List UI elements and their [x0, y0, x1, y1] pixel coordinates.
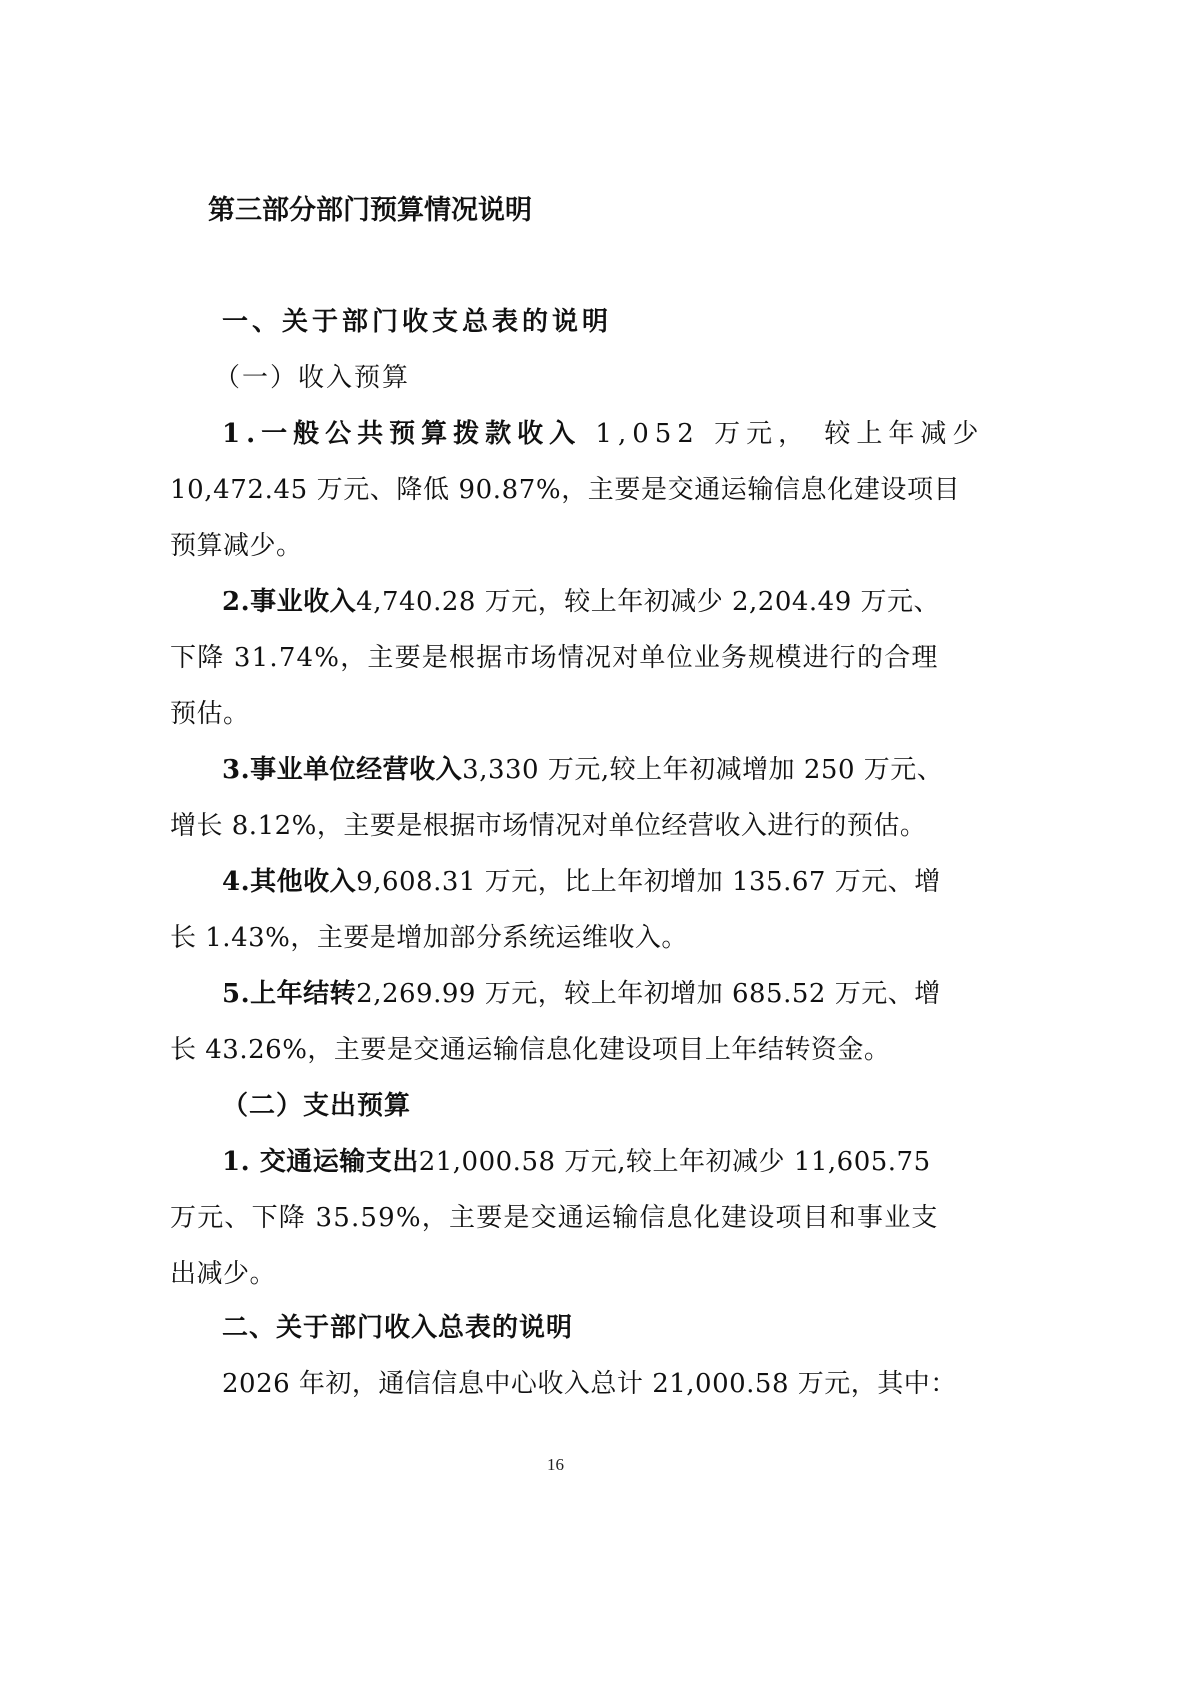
- income-item-5-line-2: 长 43.26%，主要是交通运输信息化建设项目上年结转资金。: [170, 1033, 940, 1067]
- income-item-3-text: 3,330 万元,较上年初减增加 250 万元、: [462, 755, 943, 785]
- income-item-4-lead: 4.其他收入: [222, 867, 356, 897]
- income-item-5-text: 2,269.99 万元，较上年初增加 685.52 万元、增: [356, 979, 941, 1009]
- income-item-2-text: 4,740.28 万元，较上年初减少 2,204.49 万元、: [356, 587, 940, 617]
- income-item-3-line-1: 3.事业单位经营收入3,330 万元,较上年初减增加 250 万元、: [222, 753, 940, 787]
- expenditure-item-1-line-2: 万元、下降 35.59%，主要是交通运输信息化建设项目和事业支: [170, 1201, 940, 1235]
- income-item-5-line-1: 5.上年结转2,269.99 万元，较上年初增加 685.52 万元、增: [222, 977, 940, 1011]
- income-item-2-line-2: 下降 31.74%，主要是根据市场情况对单位业务规模进行的合理: [170, 641, 940, 675]
- expenditure-budget-heading: （二）支出预算: [222, 1089, 992, 1123]
- income-item-1-line-1: 1.一般公共预算拨款收入 1,052 万元， 较上年减少: [222, 417, 940, 451]
- section-2-line-1: 2026 年初，通信信息中心收入总计 21,000.58 万元，其中：: [222, 1367, 940, 1401]
- income-item-2-lead: 2.事业收入: [222, 587, 356, 617]
- income-budget-heading: （一）收入预算: [214, 361, 984, 395]
- income-item-1-text: 1,052 万元， 较上年减少: [581, 419, 984, 449]
- income-item-2-line-1: 2.事业收入4,740.28 万元，较上年初减少 2,204.49 万元、: [222, 585, 940, 619]
- income-item-1-line-2: 10,472.45 万元、降低 90.87%，主要是交通运输信息化建设项目: [170, 473, 940, 507]
- section-heading-2: 二、关于部门收入总表的说明: [222, 1311, 992, 1345]
- income-item-3-line-2: 增长 8.12%，主要是根据市场情况对单位经营收入进行的预估。: [170, 809, 940, 843]
- income-item-1-line-3: 预算减少。: [170, 529, 940, 563]
- income-item-4-line-1: 4.其他收入9,608.31 万元，比上年初增加 135.67 万元、增: [222, 865, 940, 899]
- income-item-2-line-3: 预估。: [170, 697, 940, 731]
- section-heading-1: 一、关于部门收支总表的说明: [222, 305, 992, 339]
- income-item-1-lead: 1.一般公共预算拨款收入: [222, 419, 581, 449]
- expenditure-item-1-line-3: 出减少。: [170, 1257, 940, 1291]
- document-page: 第三部分部门预算情况说明 一、关于部门收支总表的说明 （一）收入预算 1.一般公…: [0, 0, 1191, 1684]
- expenditure-item-1-lead: 1. 交通运输支出: [222, 1147, 419, 1177]
- income-item-5-lead: 5.上年结转: [222, 979, 356, 1009]
- expenditure-item-1-text: 21,000.58 万元,较上年初减少 11,605.75: [419, 1147, 931, 1177]
- income-item-3-lead: 3.事业单位经营收入: [222, 755, 462, 785]
- part-title: 第三部分部门预算情况说明: [208, 193, 532, 229]
- income-item-4-text: 9,608.31 万元，比上年初增加 135.67 万元、增: [356, 867, 941, 897]
- page-number: 16: [0, 1455, 1111, 1475]
- income-item-4-line-2: 长 1.43%，主要是增加部分系统运维收入。: [170, 921, 940, 955]
- expenditure-item-1-line-1: 1. 交通运输支出21,000.58 万元,较上年初减少 11,605.75: [222, 1145, 940, 1179]
